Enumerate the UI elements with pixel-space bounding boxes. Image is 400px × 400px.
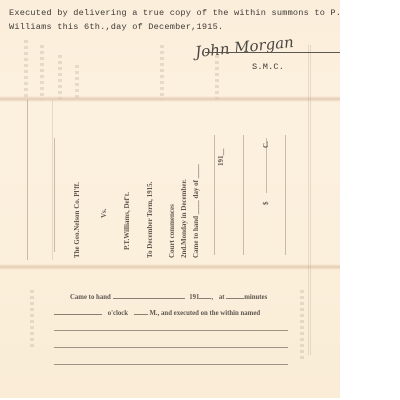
rule-line — [285, 135, 286, 255]
rule-line — [54, 138, 55, 252]
am-pm-blank[interactable] — [134, 308, 148, 315]
signature-line — [205, 52, 340, 53]
executed-label: M., and executed on the within named — [150, 310, 261, 317]
signature: John Morgan — [194, 33, 294, 61]
endorsement-line-2: o'clock M., and executed on the within n… — [54, 308, 260, 317]
bleed-through-text — [160, 45, 164, 100]
summons-document: Executed by delivering a true copy of th… — [0, 0, 340, 398]
bleed-through-text — [40, 45, 44, 100]
at-label: at — [219, 294, 225, 301]
docket-came-to-hand: Came to hand ____ day of ____ — [192, 164, 200, 258]
docket-vs: Vs. — [100, 208, 108, 218]
endorsement-line-1: Came to hand 191, at minutes — [70, 292, 267, 301]
rule-line — [243, 135, 244, 255]
bleed-through-text — [215, 55, 219, 100]
bleed-through-text — [24, 40, 28, 100]
fold-line — [0, 264, 340, 270]
rule-line — [214, 135, 215, 255]
fold-line — [0, 96, 340, 102]
return-line-1: Executed by delivering a true copy of th… — [9, 8, 340, 18]
return-line-2: Williams this 6th.,day of December,1915. — [9, 22, 223, 32]
docket-defendant: P.T.Williams, Def't. — [123, 192, 131, 250]
blank-line[interactable] — [54, 364, 288, 365]
docket-court-line-1: Court commences — [168, 204, 176, 258]
docket-fee-cents: C. — [262, 141, 270, 148]
docket-court-line-2: 2nd.Monday in December. — [180, 179, 188, 258]
rule-line — [310, 45, 311, 355]
rule-line — [308, 45, 309, 355]
signer-title: S.M.C. — [252, 62, 284, 72]
bleed-through-text — [300, 290, 304, 360]
docket-plaintiff: The Geo.Nelson Co. Pl'ff. — [73, 182, 81, 258]
minutes-label: minutes — [244, 294, 267, 301]
bleed-through-text — [30, 290, 34, 350]
rule-line — [27, 100, 28, 260]
oclock-label: o'clock — [108, 310, 128, 317]
year-label: 191 — [189, 294, 199, 301]
hour-blank[interactable] — [54, 308, 102, 315]
blank-line[interactable] — [54, 330, 288, 331]
rule-line — [52, 100, 53, 260]
docket-year: 191__ — [217, 149, 225, 167]
blank-line[interactable] — [54, 347, 288, 348]
came-to-hand-label: Came to hand — [70, 294, 111, 301]
docket-fee-dollar: $ — [262, 202, 270, 206]
time-blank[interactable] — [226, 292, 244, 299]
date-blank[interactable] — [113, 292, 185, 299]
bleed-through-text — [75, 65, 79, 100]
docket-term: To December Term, 1915. — [146, 182, 154, 258]
bleed-through-text — [58, 55, 62, 100]
year-blank[interactable] — [199, 292, 211, 299]
